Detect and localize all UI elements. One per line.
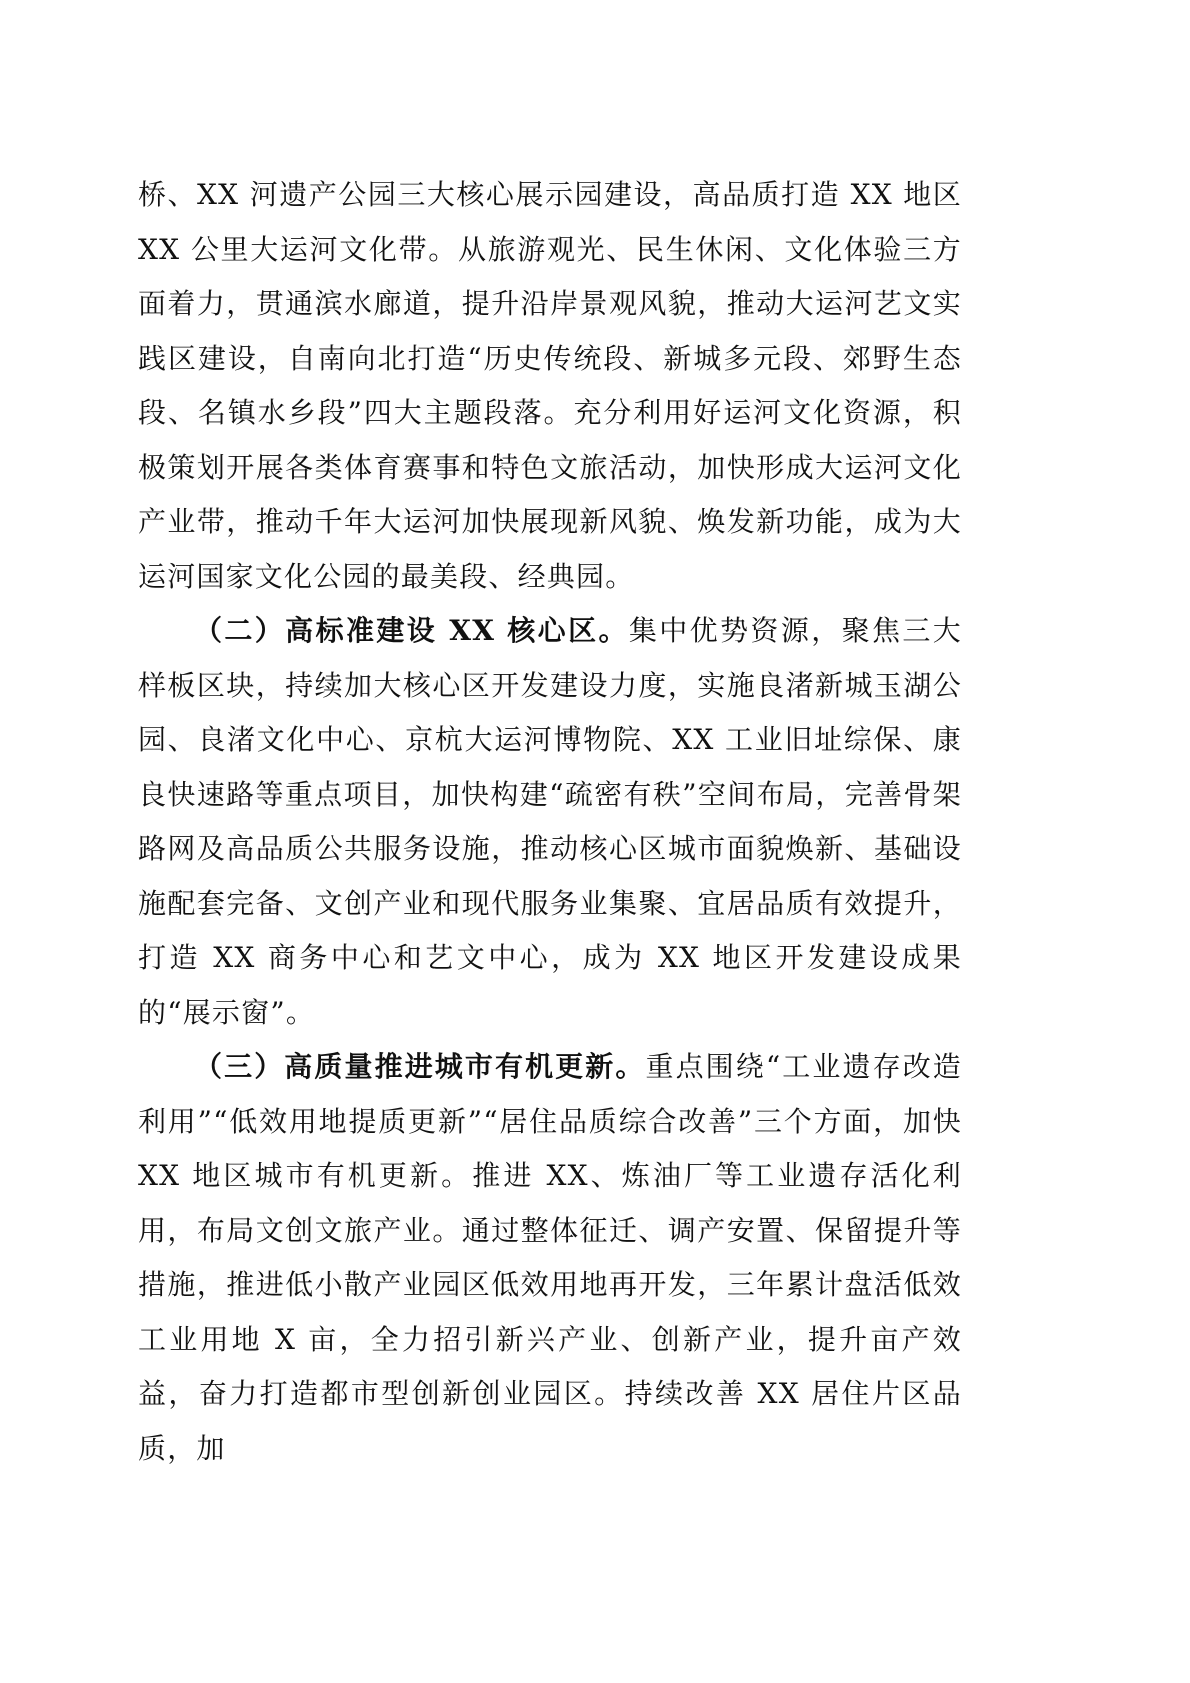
paragraph-body: 桥、XX 河遗产公园三大核心展示园建设，高品质打造 XX 地区 XX 公里大运河…: [138, 178, 962, 593]
paragraph-body: 重点围绕“工业遗存改造利用”“低效用地提质更新”“居住品质综合改善”三个方面，加…: [138, 1050, 962, 1465]
paragraph-continuation: 桥、XX 河遗产公园三大核心展示园建设，高品质打造 XX 地区 XX 公里大运河…: [138, 168, 962, 604]
section-heading: （二）高标准建设 XX 核心区。: [194, 614, 629, 647]
paragraph-body: 集中优势资源，聚焦三大样板区块，持续加大核心区开发建设力度，实施良渚新城玉湖公园…: [138, 614, 962, 1029]
section-heading: （三）高质量推进城市有机更新。: [194, 1050, 645, 1083]
paragraph-section-2: （二）高标准建设 XX 核心区。集中优势资源，聚焦三大样板区块，持续加大核心区开…: [138, 604, 962, 1040]
document-page: 桥、XX 河遗产公园三大核心展示园建设，高品质打造 XX 地区 XX 公里大运河…: [138, 168, 962, 1476]
paragraph-section-3: （三）高质量推进城市有机更新。重点围绕“工业遗存改造利用”“低效用地提质更新”“…: [138, 1040, 962, 1476]
